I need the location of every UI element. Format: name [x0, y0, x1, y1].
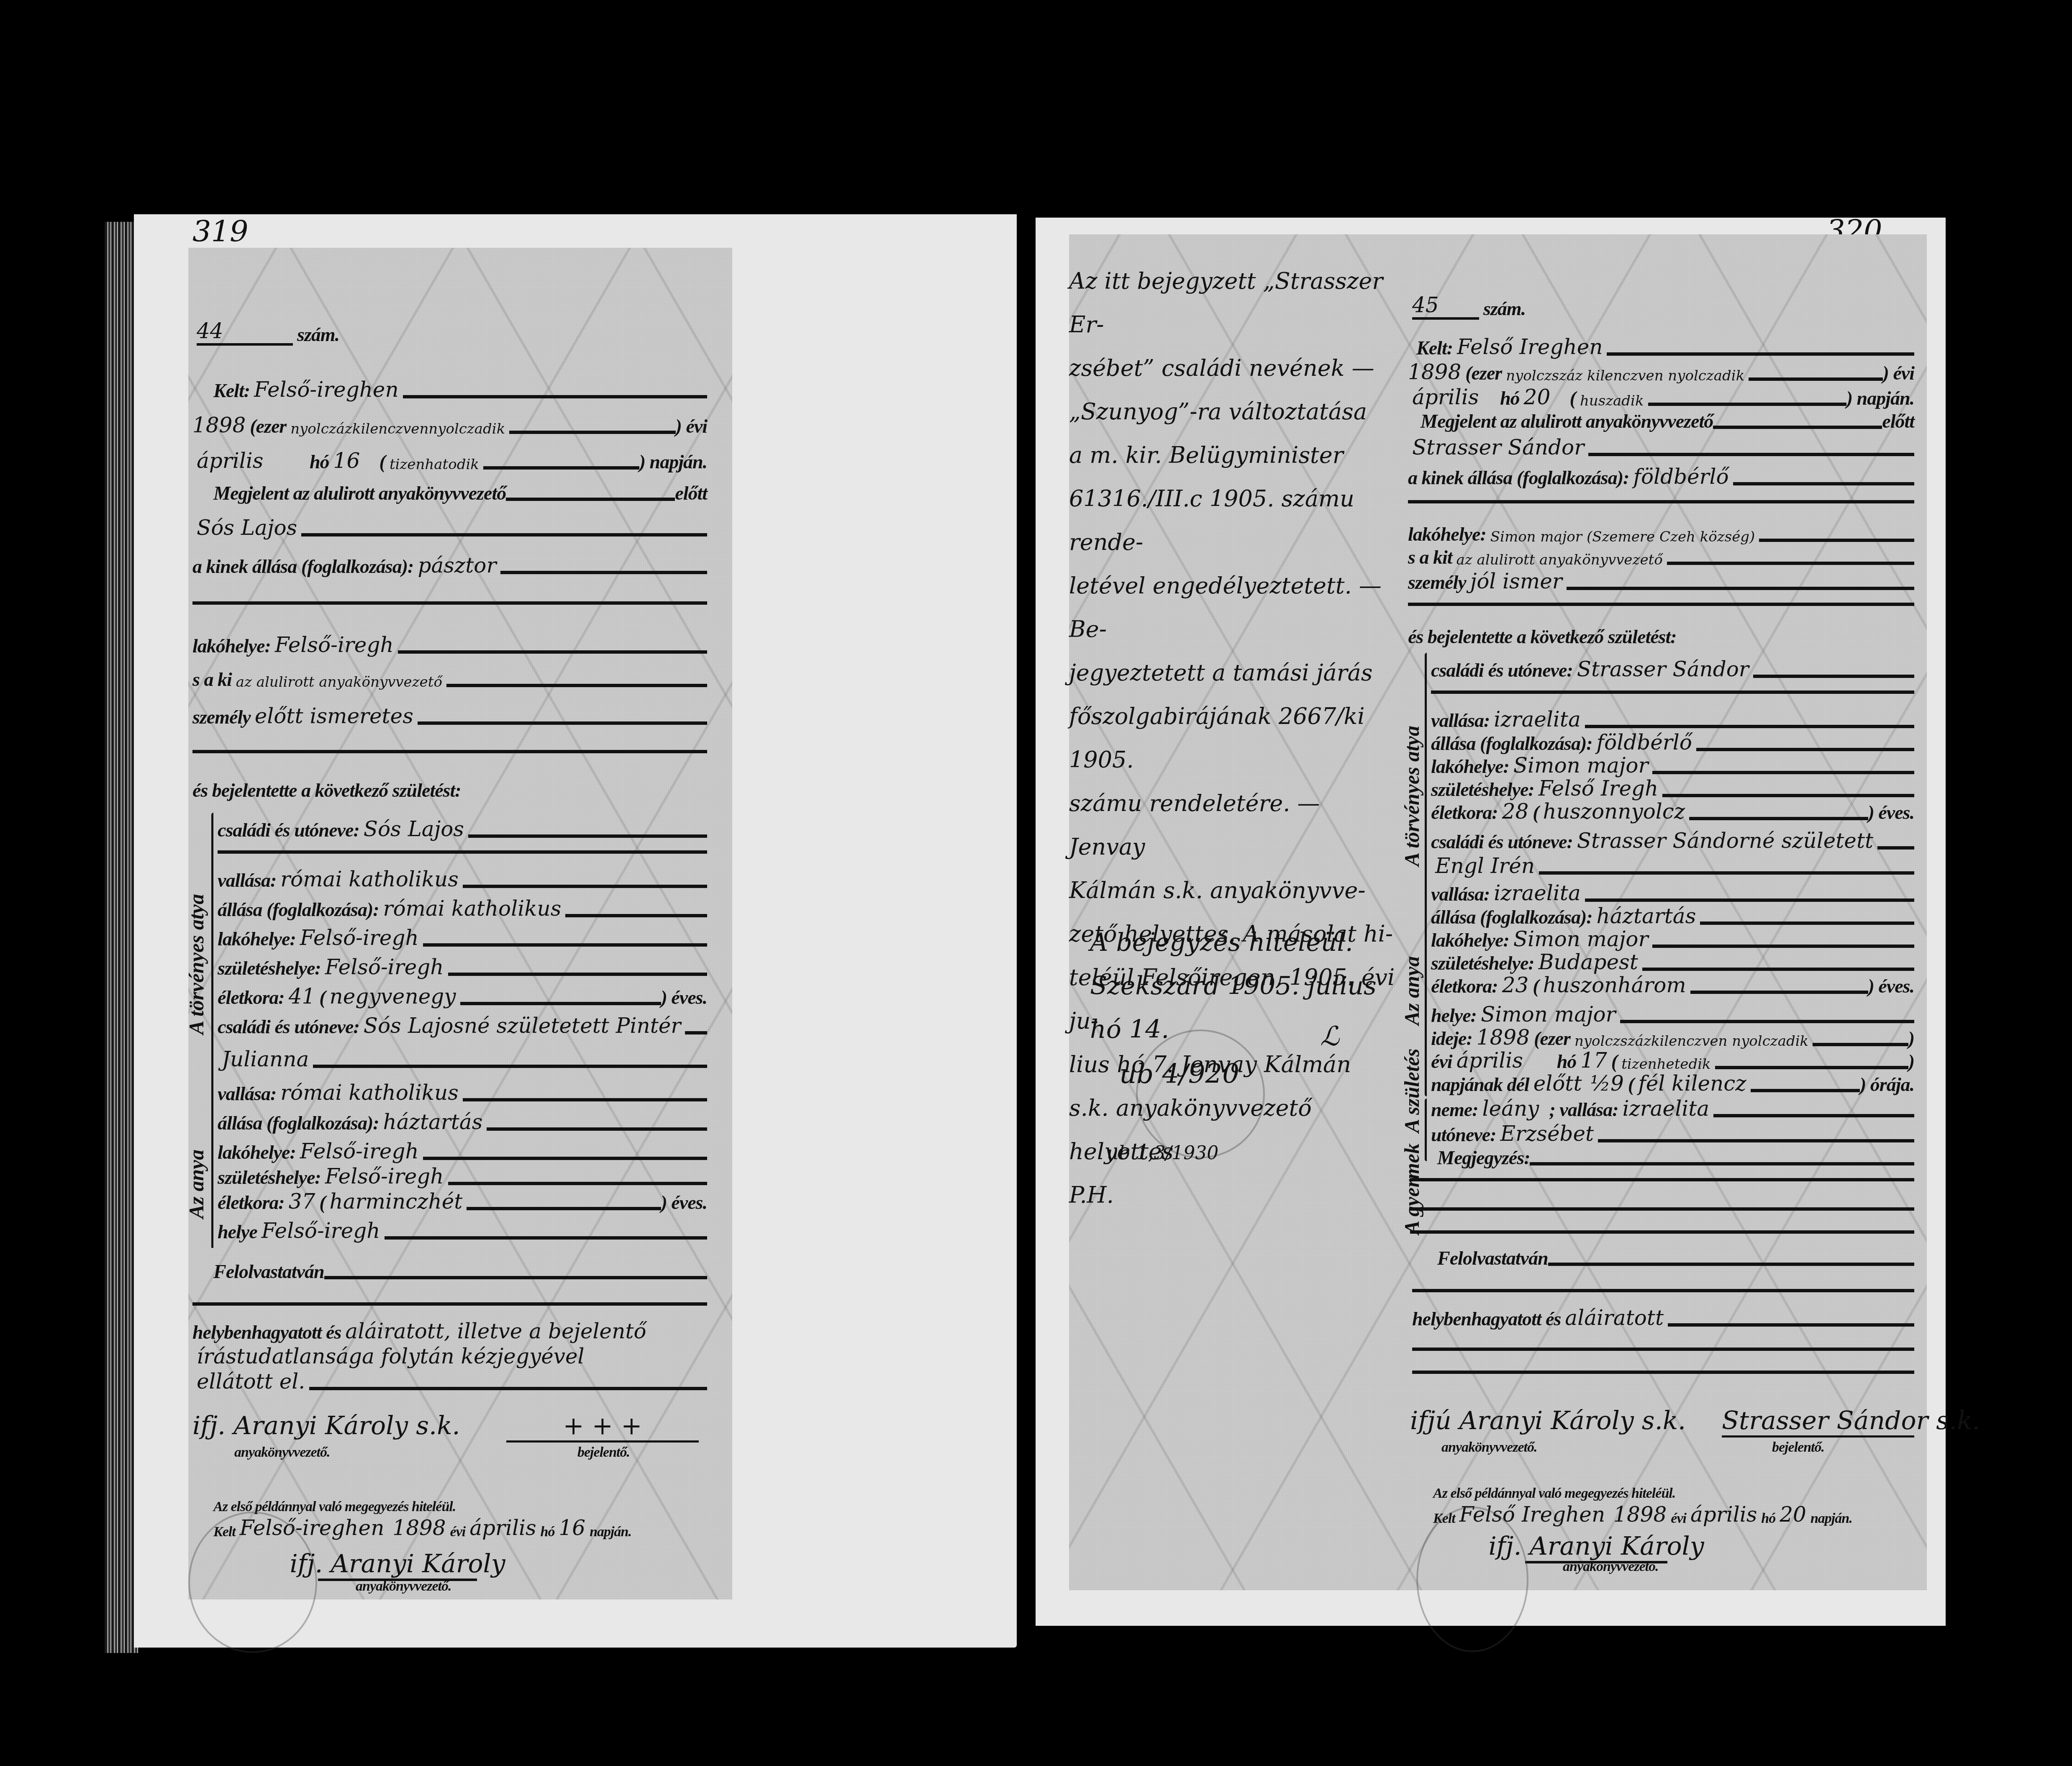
evi-label: évi — [1431, 1050, 1452, 1073]
mother-religion-label: vallása: — [1431, 883, 1490, 905]
reporter-label: bejelentő. — [577, 1445, 630, 1461]
kelt-row: Kelt: Felső Ireghen — [1416, 335, 1914, 359]
child-religion-label: ; vallása: — [1549, 1099, 1618, 1121]
sa-ki-row: s a ki az alulirott anyakönyvvezető — [192, 668, 707, 690]
birth-brace — [1425, 1000, 1427, 1096]
father-residence: Simon major — [1513, 753, 1649, 778]
helybenhagyatott-row: helybenhagyatott és aláiratott — [1412, 1306, 1914, 1330]
father-brace — [211, 813, 213, 1022]
helybenhagyatott-label: helybenhagyatott és — [1412, 1308, 1561, 1330]
child-sex-row: neme: leány ; vallása: izraelita — [1431, 1096, 1914, 1121]
kelt-place: Felső-ireghen — [254, 377, 399, 402]
father-age-words: huszonnyolcz — [1543, 799, 1685, 824]
mother-residence-row: lakóhelye: Felső-iregh — [218, 1139, 707, 1163]
mother-name-cont-row: Julianna — [218, 1047, 707, 1071]
mother-age-label: életkora: — [218, 1191, 285, 1214]
residence-label: lakóhelye: — [1408, 523, 1486, 545]
kelt-label: Kelt: — [213, 380, 250, 402]
mother-occupation: háztartás — [1597, 904, 1696, 928]
cert-signature: ifj. Aranyi Károly — [290, 1549, 505, 1579]
remarks-label: Megjegyzés: — [1437, 1147, 1530, 1169]
father-name: Sós Lajos — [364, 817, 464, 841]
mother-name: Sós Lajosné születetett Pintér — [364, 1014, 681, 1038]
birth-place-row: helye Felső-iregh — [218, 1219, 707, 1243]
father-section-label: A törvényes atya — [184, 817, 208, 1034]
father-residence-label: lakóhelye: — [1431, 755, 1509, 778]
napjanak-label: napjának dél — [1431, 1073, 1529, 1096]
evi-label: ) évi — [676, 415, 707, 437]
sa-ki-value: az alulirott anyakönyvvezető — [1456, 552, 1662, 568]
registrar-signature-row: ifjú Aranyi Károly s.k. — [1410, 1406, 1644, 1435]
child-name-label: utóneve: — [1431, 1124, 1496, 1146]
mother-birthplace: Budapest — [1539, 950, 1638, 974]
blank-line — [1410, 1178, 1914, 1181]
father-age: 28 — [1502, 799, 1529, 824]
cert-month: április — [1690, 1502, 1757, 1527]
child-religion: izraelita — [1623, 1096, 1710, 1121]
kelt-label: Kelt: — [1416, 337, 1453, 359]
father-occupation-row: állása (foglalkozása): földbérlő — [1431, 730, 1914, 755]
birth-day-words: tizenhetedik — [1621, 1056, 1711, 1073]
cert-year: 1898 — [1613, 1502, 1667, 1527]
mother-brace — [211, 1014, 213, 1219]
appearer-residence-row: lakóhelye: Felső-iregh — [192, 633, 707, 657]
father-occupation-label: állása (foglalkozása): — [218, 898, 379, 921]
right-page: 320. Az itt bejegyzett „Strasszer Er- zs… — [1036, 218, 1946, 1626]
father-age-words: negyvenegy — [330, 984, 456, 1009]
mother-birthplace: Felső-iregh — [325, 1164, 444, 1188]
year-words: nyolczázkilenczvennyolczadik — [290, 421, 505, 437]
szemely-value: előtt ismeretes — [255, 704, 413, 728]
blank-line — [1412, 1289, 1914, 1292]
father-occupation: római katholikus — [383, 896, 562, 921]
child-sex-label: neme: — [1431, 1099, 1478, 1121]
appearer-occupation-row: a kinek állása (foglalkozása): földbérlő — [1408, 465, 1914, 489]
date-year-row: 1898 (ezer nyolczszáz kilenczven nyolcza… — [1408, 360, 1914, 384]
mother-birthplace-label: születéshelye: — [218, 1166, 321, 1188]
date-year-row: 1898 (ezer nyolczázkilenczvennyolczadik … — [192, 413, 707, 437]
father-religion-label: vallása: — [218, 869, 276, 891]
month: április — [1412, 385, 1496, 409]
reporter-label: bejelentő. — [1772, 1440, 1824, 1455]
day: 20 — [1524, 385, 1566, 409]
helybenhagyatott-label: helybenhagyatott és — [192, 1321, 341, 1343]
birth-place-label: helye: — [1431, 1004, 1477, 1027]
helybenhagyatott-cont1-row: írástudatlansága folytán kézjegyével — [192, 1344, 707, 1368]
father-birthplace-label: születéshelye: — [1431, 778, 1534, 801]
mother-residence: Simon major — [1513, 927, 1649, 951]
official-stamp — [1416, 1507, 1528, 1652]
reporter-signature-row: Strasser Sándor s.k. — [1722, 1406, 1914, 1437]
mother-name-label: családi és utóneve: — [1431, 831, 1573, 853]
father-age-label: életkora: — [1431, 801, 1498, 824]
mother-birthplace-row: születéshelye: Felső-iregh — [218, 1164, 707, 1188]
father-religion-row: vallása: római katholikus — [218, 867, 707, 891]
date-month-row: április hó 16 ( tizenhatodik ) napján. — [192, 449, 707, 473]
blank-line — [1431, 690, 1914, 694]
mother-section-label: Az anya — [184, 1022, 208, 1219]
book-page-stack — [105, 222, 138, 1653]
remarks-row: Megjegyzés: — [1437, 1147, 1914, 1169]
mother-age-words: huszonhárom — [1543, 973, 1686, 997]
margin-reference-2: ub 1,3/1930 — [1107, 1142, 1218, 1164]
entry-number-row: 45 szám. — [1408, 293, 1542, 320]
birth-day: 17 — [1580, 1048, 1607, 1073]
ho-label: hó — [1557, 1050, 1577, 1073]
father-religion: izraelita — [1494, 707, 1581, 732]
szam-label: szám. — [1483, 298, 1526, 320]
mother-residence-label: lakóhelye: — [218, 1141, 296, 1163]
mother-residence-label: lakóhelye: — [1431, 929, 1509, 951]
napjan-label: ) napján. — [639, 451, 707, 473]
birth-del: előtt — [1533, 1071, 1582, 1096]
day-words: tizenhatodik — [390, 456, 479, 473]
year-digits: 1898 — [192, 413, 246, 437]
year-digits: 1898 — [1408, 360, 1461, 384]
bejelentette-label: és bejelentette a következő születést: — [1408, 626, 1677, 648]
cert-evi-label: évi — [450, 1524, 466, 1540]
mother-religion: izraelita — [1494, 881, 1581, 905]
registrar-label: anyakönyvvezető. — [234, 1445, 330, 1461]
ho-label: hó — [1500, 387, 1520, 409]
year-words: nyolczszáz kilenczven nyolczadik — [1506, 367, 1744, 384]
reporter-signature: Strasser Sándor s.k. — [1722, 1406, 1980, 1435]
blank-line — [218, 850, 707, 854]
mother-occupation-label: állása (foglalkozása): — [218, 1112, 379, 1134]
mother-birthplace-label: születéshelye: — [1431, 952, 1534, 974]
official-stamp — [1136, 1029, 1265, 1158]
birth-place-row: helye: Simon major — [1431, 1002, 1914, 1027]
father-age-row: életkora: 28 ( huszonnyolcz ) éves. — [1431, 799, 1914, 824]
birth-place: Simon major — [1481, 1002, 1616, 1027]
helybenhagyatott-cont2-row: ellátott el. — [192, 1369, 707, 1394]
helybenhagyatott-value: aláiratott — [1565, 1306, 1664, 1330]
margin-reference-1: ub 4/920 — [1119, 1059, 1239, 1090]
eves-label: ) éves. — [1868, 975, 1914, 997]
registrar-signature-row: ifj. Aranyi Károly s.k. — [192, 1411, 427, 1440]
day: 16 — [333, 449, 375, 473]
mother-birthplace-row: születéshelye: Budapest — [1431, 950, 1914, 974]
father-residence-label: lakóhelye: — [218, 928, 296, 950]
birth-hour-words: fél kilencz — [1638, 1071, 1746, 1096]
birth-time-label: ideje: — [1431, 1027, 1472, 1050]
father-birthplace-row: születéshelye: Felső-iregh — [218, 955, 707, 979]
blank-line — [192, 1302, 707, 1306]
felolvastatvan-label: Felolvastatván — [213, 1260, 324, 1283]
sa-ki-label: s a kit — [1408, 546, 1452, 568]
szemely-row: személy jól ismer — [1408, 569, 1914, 593]
appearer-occupation-row: a kinek állása (foglalkozása): pásztor — [192, 553, 707, 578]
appearer-name: Strasser Sándor — [1412, 435, 1584, 459]
official-stamp — [188, 1512, 317, 1653]
registrar-signature: ifjú Aranyi Károly s.k. — [1410, 1406, 1686, 1435]
father-birthplace: Felső Iregh — [1539, 776, 1659, 801]
szemely-label: személy — [192, 706, 251, 728]
father-religion: római katholikus — [280, 867, 459, 891]
appearer-occupation: földbérlő — [1633, 465, 1728, 489]
mother-occupation: háztartás — [383, 1110, 483, 1134]
helybenhagyatott-cont1: írástudatlansága folytán kézjegyével — [197, 1344, 585, 1368]
margin-signature: ℒ — [1320, 1021, 1339, 1052]
child-name-row: utóneve: Erzsébet — [1431, 1122, 1914, 1146]
felolvastatvan-row: Felolvastatván — [213, 1260, 707, 1283]
ezer-label: (ezer — [1534, 1027, 1570, 1050]
cert-month: április — [469, 1516, 536, 1540]
mother-age: 23 — [1502, 973, 1529, 997]
father-age-label: életkora: — [218, 986, 285, 1009]
blank-line — [1412, 1371, 1914, 1374]
child-birth-section-label: A gyermek A születés — [1400, 1000, 1424, 1235]
birth-day-row: évi április hó 17 ( tizenhetedik ) — [1431, 1048, 1914, 1073]
cert-year: 1898 — [392, 1516, 446, 1540]
blank-line — [192, 750, 707, 753]
mother-age-label: életkora: — [1431, 975, 1498, 997]
father-name-row: családi és utóneve: Strasser Sándor — [1431, 657, 1914, 681]
cert-day: 16 — [559, 1516, 586, 1540]
napjan-label: ) napján. — [1846, 387, 1914, 409]
bejelentette-label: és bejelentette a következő születést: — [192, 779, 461, 801]
mother-name-cont: Julianna — [222, 1047, 309, 1071]
mother-section-label: Az anya — [1400, 829, 1424, 1025]
oraja-label: ) órája. — [1860, 1073, 1914, 1096]
appearer-name: Sós Lajos — [197, 516, 297, 540]
father-name: Strasser Sándor — [1577, 657, 1749, 681]
helybenhagyatott-value: aláiratott, illetve a bejelentő — [345, 1319, 646, 1343]
father-name-label: családi és utóneve: — [218, 819, 359, 841]
father-birthplace: Felső-iregh — [325, 955, 444, 979]
bejelentette-row: és bejelentette a következő születést: — [192, 779, 461, 801]
szemely-value: jól ismer — [1470, 569, 1562, 593]
blank-line — [1412, 1348, 1914, 1351]
eves-label: ) éves. — [661, 1191, 707, 1214]
elott-label: előtt — [675, 482, 707, 504]
elott-label: előtt — [1882, 410, 1914, 432]
cert-registrar-label: anyakönyvvezető. — [1563, 1559, 1659, 1575]
blank-line — [1408, 500, 1914, 503]
evi-label: ) évi — [1883, 362, 1914, 384]
birth-hour: ½9 — [1590, 1071, 1624, 1096]
mother-age-row: életkora: 37 ( harminczhét ) éves. — [218, 1189, 707, 1214]
cert-day: 20 — [1780, 1502, 1806, 1527]
cert-registrar-label: anyakönyvvezető. — [356, 1579, 451, 1594]
appearer-residence: Simon major (Szemere Czeh község) — [1490, 529, 1755, 545]
child-brace — [1425, 1099, 1427, 1161]
birth-place: Felső-iregh — [262, 1219, 380, 1243]
mother-name-row: családi és utóneve: Sós Lajosné születet… — [218, 1014, 707, 1038]
mother-name-cont-row: Engl Irén — [1431, 854, 1914, 878]
mother-occupation-row: állása (foglalkozása): háztartás — [1431, 904, 1914, 928]
mother-brace — [1425, 829, 1427, 1021]
occupation-label: a kinek állása (foglalkozása): — [1408, 467, 1629, 489]
mother-name-row: családi és utóneve: Strasser Sándorné sz… — [1431, 829, 1914, 853]
father-occupation-label: állása (foglalkozása): — [1431, 732, 1592, 755]
father-birthplace-label: születéshelye: — [218, 957, 321, 979]
mother-age-words: harminczhét — [330, 1189, 463, 1214]
sa-ki-label: s a ki — [192, 668, 232, 690]
entry-number: 45 — [1412, 293, 1479, 320]
father-age: 41 — [289, 984, 315, 1009]
birth-year-row: ideje: 1898 (ezer nyolczszázkilenczven n… — [1431, 1025, 1914, 1050]
cert-napjan-label: napján. — [590, 1524, 631, 1540]
cert-ho-label: hó — [1761, 1511, 1775, 1527]
szam-label: szám. — [297, 323, 339, 346]
cert-napjan-label: napján. — [1810, 1511, 1852, 1527]
mother-religion-row: vallása: római katholikus — [218, 1081, 707, 1105]
mother-occupation-label: állása (foglalkozása): — [1431, 906, 1592, 928]
ezer-label: (ezer — [250, 415, 286, 437]
szemely-row: személy előtt ismeretes — [192, 704, 707, 728]
entry-number: 44 — [197, 319, 293, 346]
page-number: 319 — [192, 214, 249, 249]
cert-evi-label: évi — [1671, 1511, 1686, 1527]
father-occupation-row: állása (foglalkozása): római katholikus — [218, 896, 707, 921]
blank-line — [1410, 1230, 1914, 1234]
mother-residence-row: lakóhelye: Simon major — [1431, 927, 1914, 951]
child-sex: leány — [1482, 1096, 1545, 1121]
left-page: 319 44 szám. Kelt: Felső-ireghen 1898 (e… — [134, 214, 1017, 1648]
entry-number-row: 44 szám. — [192, 319, 368, 346]
blank-line — [1410, 1207, 1914, 1211]
margin-certification: A bejegyzés hiteléül. Szekszárd 1905. ju… — [1090, 921, 1404, 1051]
blank-line — [192, 601, 707, 605]
helybenhagyatott-cont2: ellátott el. — [197, 1369, 305, 1394]
felolvastatvan-row: Felolvastatván — [1437, 1247, 1914, 1269]
mother-name: Strasser Sándorné született — [1577, 829, 1873, 853]
mother-religion-label: vallása: — [218, 1083, 276, 1105]
father-name-label: családi és utóneve: — [1431, 659, 1573, 681]
kelt-place: Felső Ireghen — [1457, 335, 1603, 359]
father-residence: Felső-iregh — [300, 926, 419, 950]
registrar-label: anyakönyvvezető. — [1441, 1440, 1537, 1455]
appearer-name-row: Sós Lajos — [192, 516, 707, 540]
father-name-row: családi és utóneve: Sós Lajos — [218, 817, 707, 841]
megjelent-label: Megjelent az alulirott anyakönyvvezető — [213, 482, 506, 504]
mother-religion: római katholikus — [280, 1081, 459, 1105]
megjelent-label: Megjelent az alulirott anyakönyvvezető — [1421, 410, 1713, 432]
mother-residence: Felső-iregh — [300, 1139, 419, 1163]
mother-religion-row: vallása: izraelita — [1431, 881, 1914, 905]
mother-age: 37 — [289, 1189, 315, 1214]
cert-signature-row: ifj. Aranyi Károly — [318, 1549, 477, 1581]
blank-line — [1408, 603, 1914, 606]
month: április — [197, 449, 305, 473]
bejelentette-row: és bejelentette a következő születést: — [1408, 626, 1677, 648]
birth-hour-row: napjának dél előtt ½9 ( fél kilencz ) ór… — [1431, 1071, 1914, 1096]
birth-section-label: A születés — [1400, 1049, 1423, 1133]
appearer-residence-row: lakóhelye: Simon major (Szemere Czeh köz… — [1408, 523, 1914, 545]
szemely-label: személy — [1408, 571, 1466, 593]
sa-ki-row: s a kit az alulirott anyakönyvvezető — [1408, 546, 1914, 568]
date-month-row: április hó 20 ( huszadik ) napján. — [1408, 385, 1914, 409]
birth-year-words: nyolczszázkilenczven nyolczadik — [1575, 1033, 1808, 1050]
father-age-row: életkora: 41 ( negyvenegy ) éves. — [218, 984, 707, 1009]
father-religion-label: vallása: — [1431, 709, 1490, 732]
appearer-name-row: Strasser Sándor — [1408, 435, 1914, 459]
birth-place-label: helye — [218, 1221, 257, 1243]
father-religion-row: vallása: izraelita — [1431, 707, 1914, 732]
cert-ho-label: hó — [541, 1524, 555, 1540]
certification-label: Az első példánnyal való megegyezés hitel… — [1433, 1486, 1675, 1502]
child-section-label: A gyermek — [1400, 1143, 1423, 1235]
residence-label: lakóhelye: — [192, 635, 271, 657]
reporter-signature: + + + — [563, 1411, 642, 1440]
megjelent-row: Megjelent az alulirott anyakönyvvezető e… — [213, 482, 707, 504]
helybenhagyatott-row: helybenhagyatott és aláiratott, illetve … — [192, 1319, 707, 1343]
ezer-label: (ezer — [1465, 362, 1502, 384]
megjelent-row: Megjelent az alulirott anyakönyvvezető e… — [1421, 410, 1914, 432]
father-birthplace-row: születéshelye: Felső Iregh — [1431, 776, 1914, 801]
mother-age-row: életkora: 23 ( huszonhárom ) éves. — [1431, 973, 1914, 997]
felolvastatvan-label: Felolvastatván — [1437, 1247, 1548, 1269]
eves-label: ) éves. — [661, 986, 707, 1009]
appearer-residence: Felső-iregh — [275, 633, 394, 657]
kelt-row: Kelt: Felső-ireghen — [213, 377, 707, 402]
father-residence-row: lakóhelye: Simon major — [1431, 753, 1914, 778]
mother-name-label: családi és utóneve: — [218, 1016, 359, 1038]
eves-label: ) éves. — [1868, 801, 1914, 824]
birth-month: április — [1457, 1048, 1553, 1073]
father-residence-row: lakóhelye: Felső-iregh — [218, 926, 707, 950]
day-words: huszadik — [1580, 393, 1644, 409]
mother-occupation-row: állása (foglalkozása): háztartás — [218, 1110, 707, 1134]
father-occupation: földbérlő — [1597, 730, 1692, 755]
occupation-label: a kinek állása (foglalkozása): — [192, 555, 413, 578]
reporter-signature-row: + + + — [506, 1411, 699, 1443]
sa-ki-value: az alulirott anyakönyvvezető — [236, 674, 442, 690]
birth-year: 1898 — [1477, 1025, 1530, 1050]
mother-name-cont: Engl Irén — [1435, 854, 1535, 878]
father-brace — [1425, 653, 1427, 850]
birth-register-form-right: Az itt bejegyzett „Strasszer Er- zsébet”… — [1069, 234, 1927, 1590]
ho-label: hó — [310, 451, 329, 473]
appearer-occupation: pásztor — [418, 553, 496, 578]
child-given-name: Erzsébet — [1500, 1122, 1594, 1146]
registrar-signature: ifj. Aranyi Károly s.k. — [192, 1411, 460, 1440]
